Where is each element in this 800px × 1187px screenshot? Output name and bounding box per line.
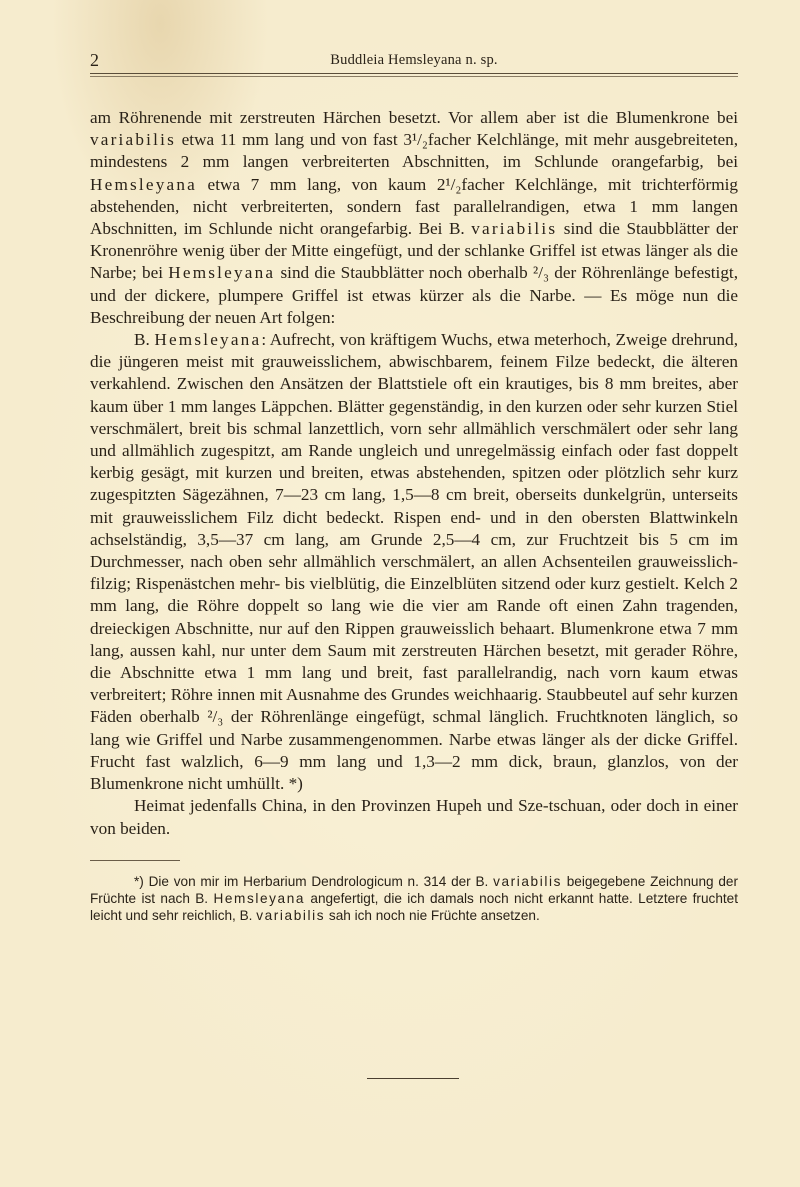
end-rule [367,1078,459,1079]
body-text: am Röhrenende mit zerstreuten Härchen be… [90,107,738,840]
footnote: *) Die von mir im Herbarium Dendrologicu… [90,873,738,925]
fraction: ¹/₂ [445,175,461,194]
species-name: variabilis [471,219,557,238]
species-name: variabilis [90,130,176,149]
footnote-rule [90,860,180,861]
species-name: Hemsleyana [213,891,305,906]
page-header: 2 Buddleia Hemsleyana n. sp. [90,46,738,72]
species-name: Hemsleyana [90,175,197,194]
species-name: variabilis [256,908,325,923]
header-rule [90,73,738,74]
species-name: Hemsleyana [168,263,275,282]
page: 2 Buddleia Hemsleyana n. sp. am Röhrenen… [90,46,738,924]
running-title: Buddleia Hemsleyana n. sp. [90,52,738,69]
species-name: Hemsleyana [154,330,261,349]
paragraph-comparison: am Röhrenende mit zerstreuten Härchen be… [90,107,738,329]
paragraph-habitat: Heimat jedenfalls China, in den Provinze… [90,795,738,839]
fraction: ¹/₂ [412,130,428,149]
paragraph-description: B. Hemsleyana: Aufrecht, von kräftigem W… [90,329,738,795]
header-rule-secondary [90,76,738,77]
species-name: variabilis [493,874,562,889]
fraction: ²/₃ [207,707,223,726]
fraction: ²/₃ [533,263,549,282]
